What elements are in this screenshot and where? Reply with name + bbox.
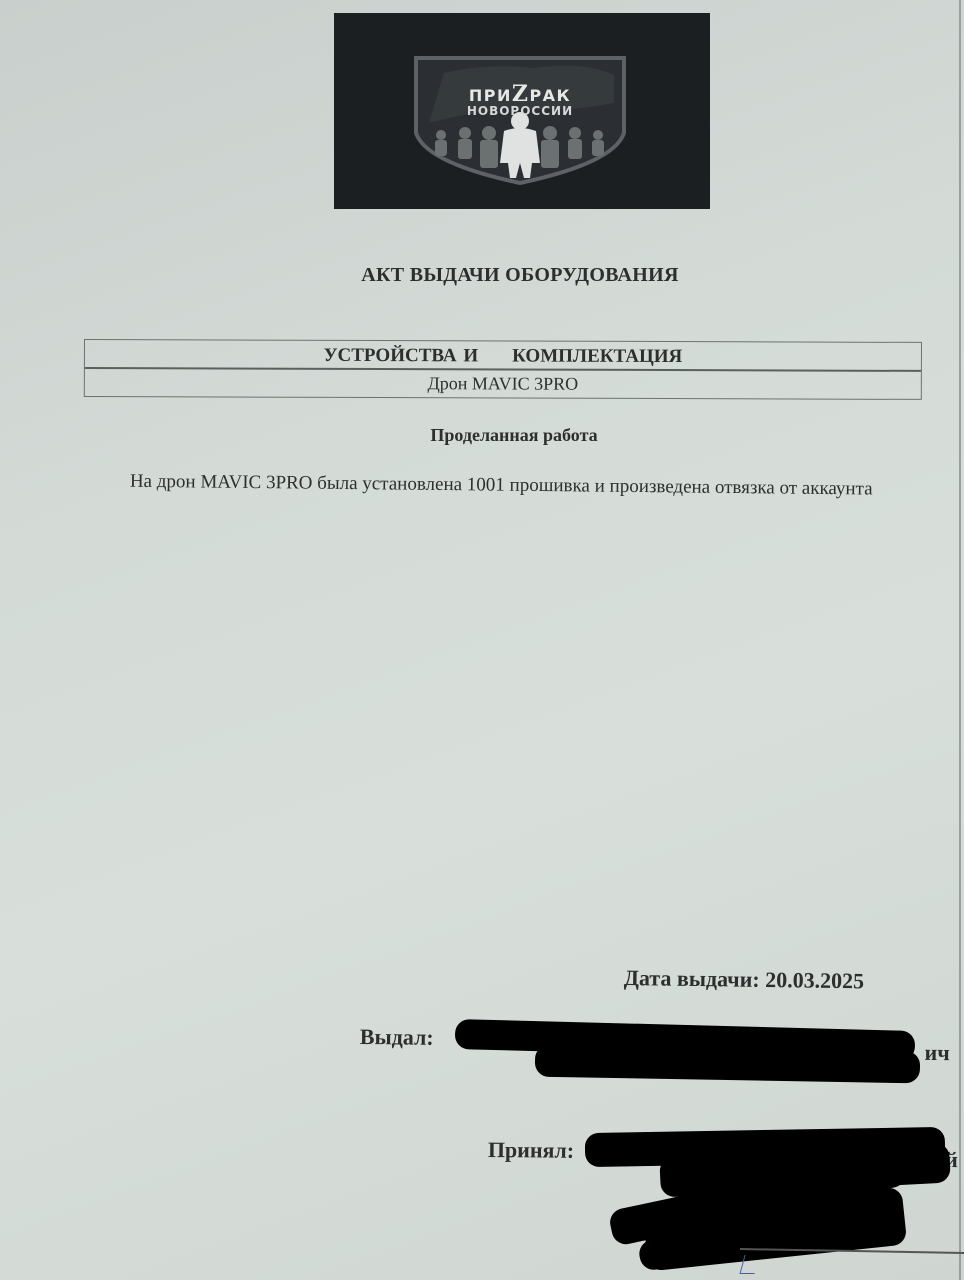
logo-line2: НОВОРОССИИ	[467, 104, 573, 118]
equipment-table: УСТРОЙСТВА ИКОМПЛЕКТАЦИЯ Дрон MAVIC 3PRO	[84, 339, 922, 400]
received-by-label: Принял:	[488, 1137, 574, 1163]
issue-date: Дата выдачи: 20.03.2025	[624, 965, 865, 994]
logo-block: ПРИZРАК НОВОРОССИИ	[334, 13, 710, 209]
work-section-title: Проделанная работа	[0, 425, 964, 446]
table-header-kit: КОМПЛЕКТАЦИЯ	[512, 345, 682, 367]
page-edge	[959, 0, 961, 1280]
work-description: На дрон MAVIC 3PRO была установлена 1001…	[60, 470, 920, 501]
document-title: АКТ ВЫДАЧИ ОБОРУДОВАНИЯ	[0, 264, 964, 287]
table-header-devices: УСТРОЙСТВА И	[324, 345, 479, 367]
redaction-issued-by-2	[535, 1045, 920, 1084]
issue-date-label: Дата выдачи:	[624, 965, 760, 992]
table-header: УСТРОЙСТВА ИКОМПЛЕКТАЦИЯ	[85, 340, 921, 372]
issued-by-label: Выдал:	[360, 1024, 434, 1050]
issue-date-value: 20.03.2025	[765, 967, 864, 993]
shield-emblem-icon: ПРИZРАК НОВОРОССИИ	[334, 13, 710, 209]
table-row: Дрон MAVIC 3PRO	[85, 369, 921, 398]
issued-by-name-tail: ич	[924, 1040, 949, 1066]
